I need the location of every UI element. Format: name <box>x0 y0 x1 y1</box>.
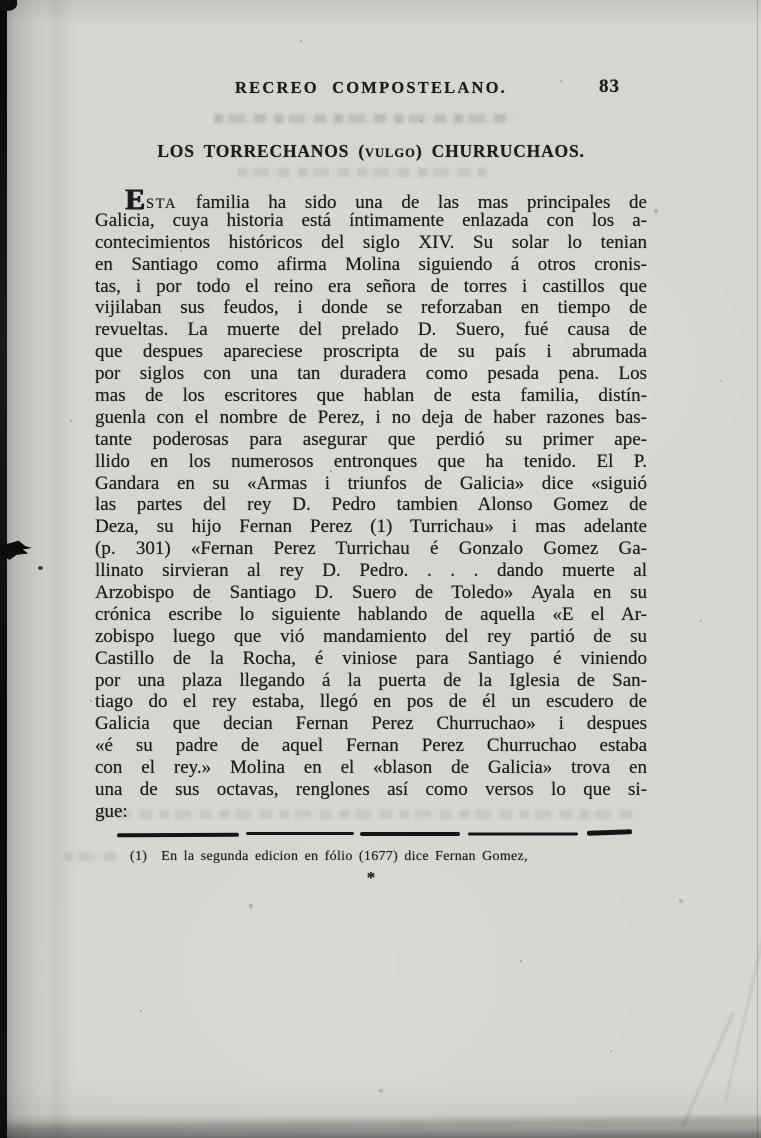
text-line: una de sus octavas, renglones así como v… <box>95 779 647 801</box>
paragraph-first-line: ESTA familia ha sido una de las mas prin… <box>95 188 647 210</box>
footnote-text: En la segunda edicion en fólio (1677) di… <box>161 849 528 864</box>
scan-gutter-edge <box>0 0 7 1138</box>
text-line: contecimientos históricos del siglo XIV.… <box>95 232 647 254</box>
text-line: por una plaza llegando á la puerta de la… <box>95 670 647 692</box>
footnote-rule <box>117 831 644 836</box>
text-line: Arzobispo de Santiago D. Suero de Toledo… <box>95 582 647 604</box>
text-line: que despues apareciese proscripta de su … <box>95 341 647 363</box>
text-line: llido en los numerosos entronques que ha… <box>95 451 647 473</box>
chapter-title: LOS TORRECHANOS (VULGO) CHURRUCHAOS. <box>75 141 667 162</box>
text-line: con el rey.» Molina en el «blason de Gal… <box>95 757 647 779</box>
chapter-title-vulgo: VULGO <box>365 146 416 160</box>
text-line: Castillo de la Rocha, é viniose para San… <box>95 648 647 670</box>
running-header: RECREO COMPOSTELANO. <box>95 78 647 98</box>
text-line: zobispo luego que vió mandamiento del re… <box>95 626 647 648</box>
text-line: en Santiago como afirma Molina siguiendo… <box>95 254 647 276</box>
page-crease <box>682 1012 735 1127</box>
scan-corner-mark <box>0 0 17 11</box>
page-number: 83 <box>599 76 620 98</box>
drop-cap-initial: E <box>125 183 146 216</box>
text-line: gue: <box>95 801 647 823</box>
text-line: Deza, su hijo Fernan Perez (1) Turrichau… <box>95 516 647 538</box>
bleed-through-text <box>214 114 514 123</box>
rule-segment <box>117 832 239 837</box>
rule-segment <box>587 829 632 836</box>
text-line: «é su padre de aquel Fernan Perez Churru… <box>95 735 647 757</box>
text-line: Galicia, cuya historia está íntimamente … <box>95 210 647 232</box>
text-line: tiago do el rey estaba, llegó en pos de … <box>95 691 647 713</box>
body-paragraph: ESTA familia ha sido una de las mas prin… <box>95 188 647 823</box>
scan-bottom-edge <box>0 1114 761 1138</box>
text-line: guenla con el nombre de Perez, i no deja… <box>95 407 647 429</box>
page-crease <box>724 921 761 1102</box>
rule-segment <box>246 832 354 835</box>
text-line: vijilaban sus feudos, i donde se reforza… <box>95 297 647 319</box>
text-line: Gandara en su «Armas i triunfos de Galic… <box>95 473 647 495</box>
rule-segment <box>360 832 460 836</box>
text-line: Galicia que decian Fernan Perez Churruch… <box>95 713 647 735</box>
text-line: mas de los escritores que hablan de esta… <box>95 385 647 407</box>
scanned-book-page: RECREO COMPOSTELANO. 83 LOS TORRECHANOS … <box>0 0 761 1138</box>
ink-speck <box>38 566 43 570</box>
signature-mark: * <box>95 868 647 888</box>
text-line: tante poderosas para asegurar que perdió… <box>95 429 647 451</box>
chapter-title-part2: ) CHURRUCHAOS. <box>416 141 585 161</box>
rule-segment <box>468 833 578 836</box>
text-line: llinato sirvieran al rey D. Pedro. . . .… <box>95 560 647 582</box>
text-line: por siglos con una tan duradera como pes… <box>95 363 647 385</box>
text-line: (p. 301) «Fernan Perez Turrichau é Gonza… <box>95 538 647 560</box>
text-line: las partes del rey D. Pedro tambien Alon… <box>95 494 647 516</box>
footnote-marker: (1) <box>130 849 147 864</box>
bleed-through-text <box>238 168 488 177</box>
footnote: (1)En la segunda edicion en fólio (1677)… <box>130 849 630 865</box>
bleed-through-text <box>64 852 119 861</box>
chapter-title-part1: LOS TORRECHANOS ( <box>157 141 365 161</box>
text-line: revueltas. La muerte del prelado D. Suer… <box>95 319 647 341</box>
text-line: crónica escribe lo siguiente hablando de… <box>95 604 647 626</box>
text-line: tas, i por todo el reino era señora de t… <box>95 276 647 298</box>
paper-speckles <box>0 0 2 2</box>
paragraph-lines: Galicia, cuya historia está íntimamente … <box>95 210 647 823</box>
